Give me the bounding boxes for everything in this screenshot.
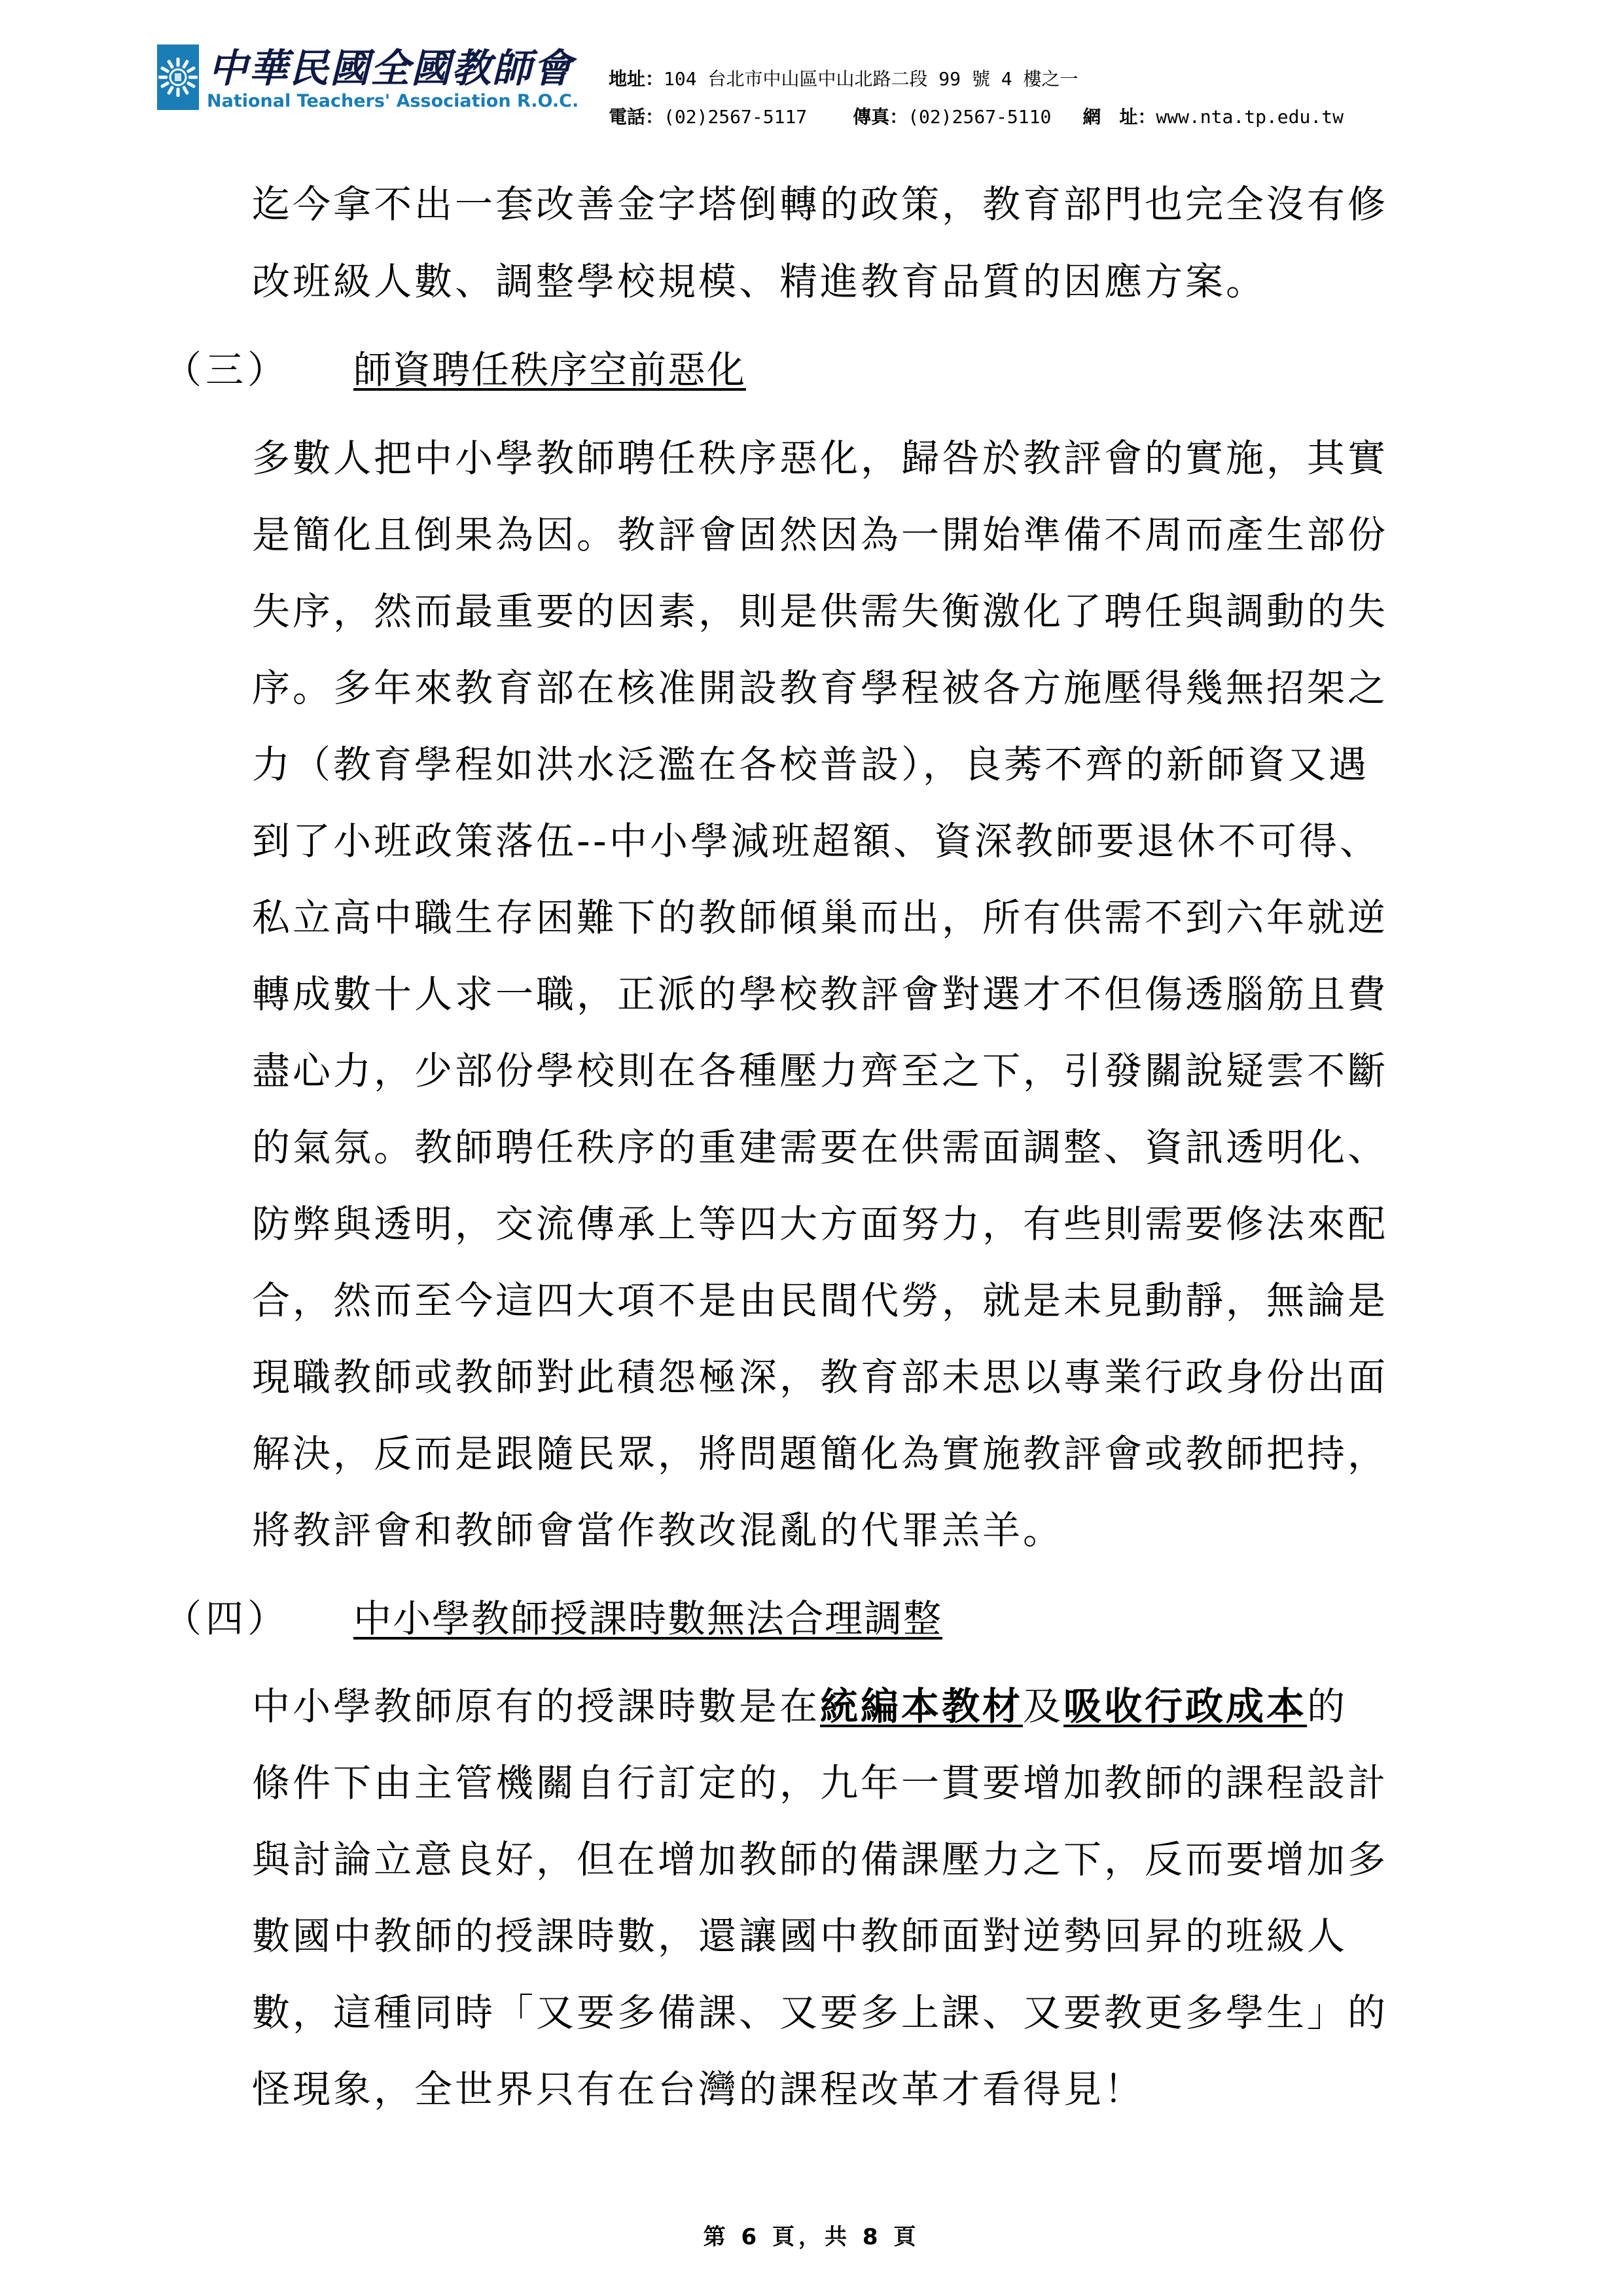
sunflower-emblem-icon [157,45,199,110]
page-number: 第 6 頁，共 8 頁 [0,2219,1623,2251]
contact-line: 電話：(02)2567-5117傳真：(02)2567-5110網 址：www.… [609,106,1344,128]
address-value: 104 台北市中山區中山北路二段 99 號 4 樓之一 [664,68,1078,90]
paragraph-line: 多數人把中小學教師聘任秩序惡化，歸咎於教評會的實施，其實 [252,435,1469,481]
fax-value: (02)2567-5110 [908,106,1051,128]
paragraph-line: 現職教師或教師對此積怨極深，教育部未思以專業行政身份出面 [252,1354,1469,1400]
paragraph-line: 數，這種同時「又要多備課、又要多上課、又要教更多學生」的 [252,1990,1469,2036]
address-label: 地址： [609,68,664,90]
section-heading-4: （四）中小學教師授課時數無法合理調整 [164,1596,942,1641]
paragraph-line: 盡心力，少部份學校則在各種壓力齊至之下，引發關說疑雲不斷 [252,1048,1469,1094]
paragraph-line: 力（教育學程如洪水泛濫在各校普設），良莠不齊的新師資又遇 [252,742,1469,787]
emphasis-admin-cost: 吸收行政成本 [1063,1684,1307,1729]
paragraph-line: 是簡化且倒果為因。教評會固然因為一開始準備不周而產生部份 [252,512,1469,558]
section-title: 師資聘任秩序空前惡化 [353,348,746,392]
paragraph-line: 到了小班政策落伍--中小學減班超額、資深教師要退休不可得、 [252,818,1469,864]
paragraph-line: 合，然而至今這四大項不是由民間代勞，就是未見動靜，無論是 [252,1278,1469,1323]
text-run: 的 [1307,1684,1347,1729]
phone-value: (02)2567-5117 [664,106,807,128]
web-value: www.nta.tp.edu.tw [1156,106,1344,128]
section-heading-3: （三）師資聘任秩序空前惡化 [164,347,746,393]
section-number: （三） [164,347,353,393]
paragraph-line: 的氣氛。教師聘任秩序的重建需要在供需面調整、資訊透明化、 [252,1124,1469,1170]
paragraph-line: 與討論立意良好，但在增加教師的備課壓力之下，反而要增加多 [252,1837,1469,1882]
paragraph-line: 數國中教師的授課時數，還讓國中教師面對逆勢回昇的班級人 [252,1913,1469,1959]
paragraph-line: 迄今拿不出一套改善金字塔倒轉的政策，教育部門也完全沒有修 [252,181,1469,227]
paragraph-line: 中小學教師原有的授課時數是在統編本教材及吸收行政成本的 [252,1683,1469,1729]
paragraph-line: 條件下由主管機關自行訂定的，九年一貫要增加教師的課程設計 [252,1760,1469,1806]
paragraph-line: 私立高中職生存困難下的教師傾巢而出，所有供需不到六年就逆 [252,895,1469,941]
paragraph-line: 將教評會和教師會當作教改混亂的代罪羔羊。 [252,1507,1469,1553]
paragraph-line: 改班級人數、調整學校規模、精進教育品質的因應方案。 [252,259,1469,304]
address-line: 地址：104 台北市中山區中山北路二段 99 號 4 樓之一 [609,68,1078,90]
section-title: 中小學教師授課時數無法合理調整 [353,1596,942,1641]
paragraph-line: 轉成數十人求一職，正派的學校教評會對選才不但傷透腦筋且費 [252,971,1469,1017]
paragraph-line: 防弊與透明，交流傳承上等四大方面努力，有些則需要修法來配 [252,1201,1469,1247]
text-run: 及 [1023,1684,1063,1729]
paragraph-line: 怪現象，全世界只有在台灣的課程改革才看得見！ [252,2066,1469,2112]
web-label: 網 址： [1082,106,1156,128]
section-number: （四） [164,1596,353,1641]
org-name-chinese: 中華民國全國教師會 [208,47,573,90]
phone-label: 電話： [609,106,664,128]
paragraph-line: 序。多年來教育部在核准開設教育學程被各方施壓得幾無招架之 [252,665,1469,711]
letterhead: 中華民國全國教師會 National Teachers' Association… [0,0,1623,131]
emphasis-unified-textbook: 統編本教材 [820,1684,1023,1729]
paragraph-line: 失序，然而最重要的因素，則是供需失衡激化了聘任與調動的失 [252,588,1469,634]
fax-label: 傳真： [853,106,908,128]
org-name-english: National Teachers' Association R.O.C. [207,92,579,111]
paragraph-line: 解決，反而是跟隨民眾，將問題簡化為實施教評會或教師把持， [252,1431,1469,1477]
text-run: 中小學教師原有的授課時數是在 [252,1684,820,1729]
